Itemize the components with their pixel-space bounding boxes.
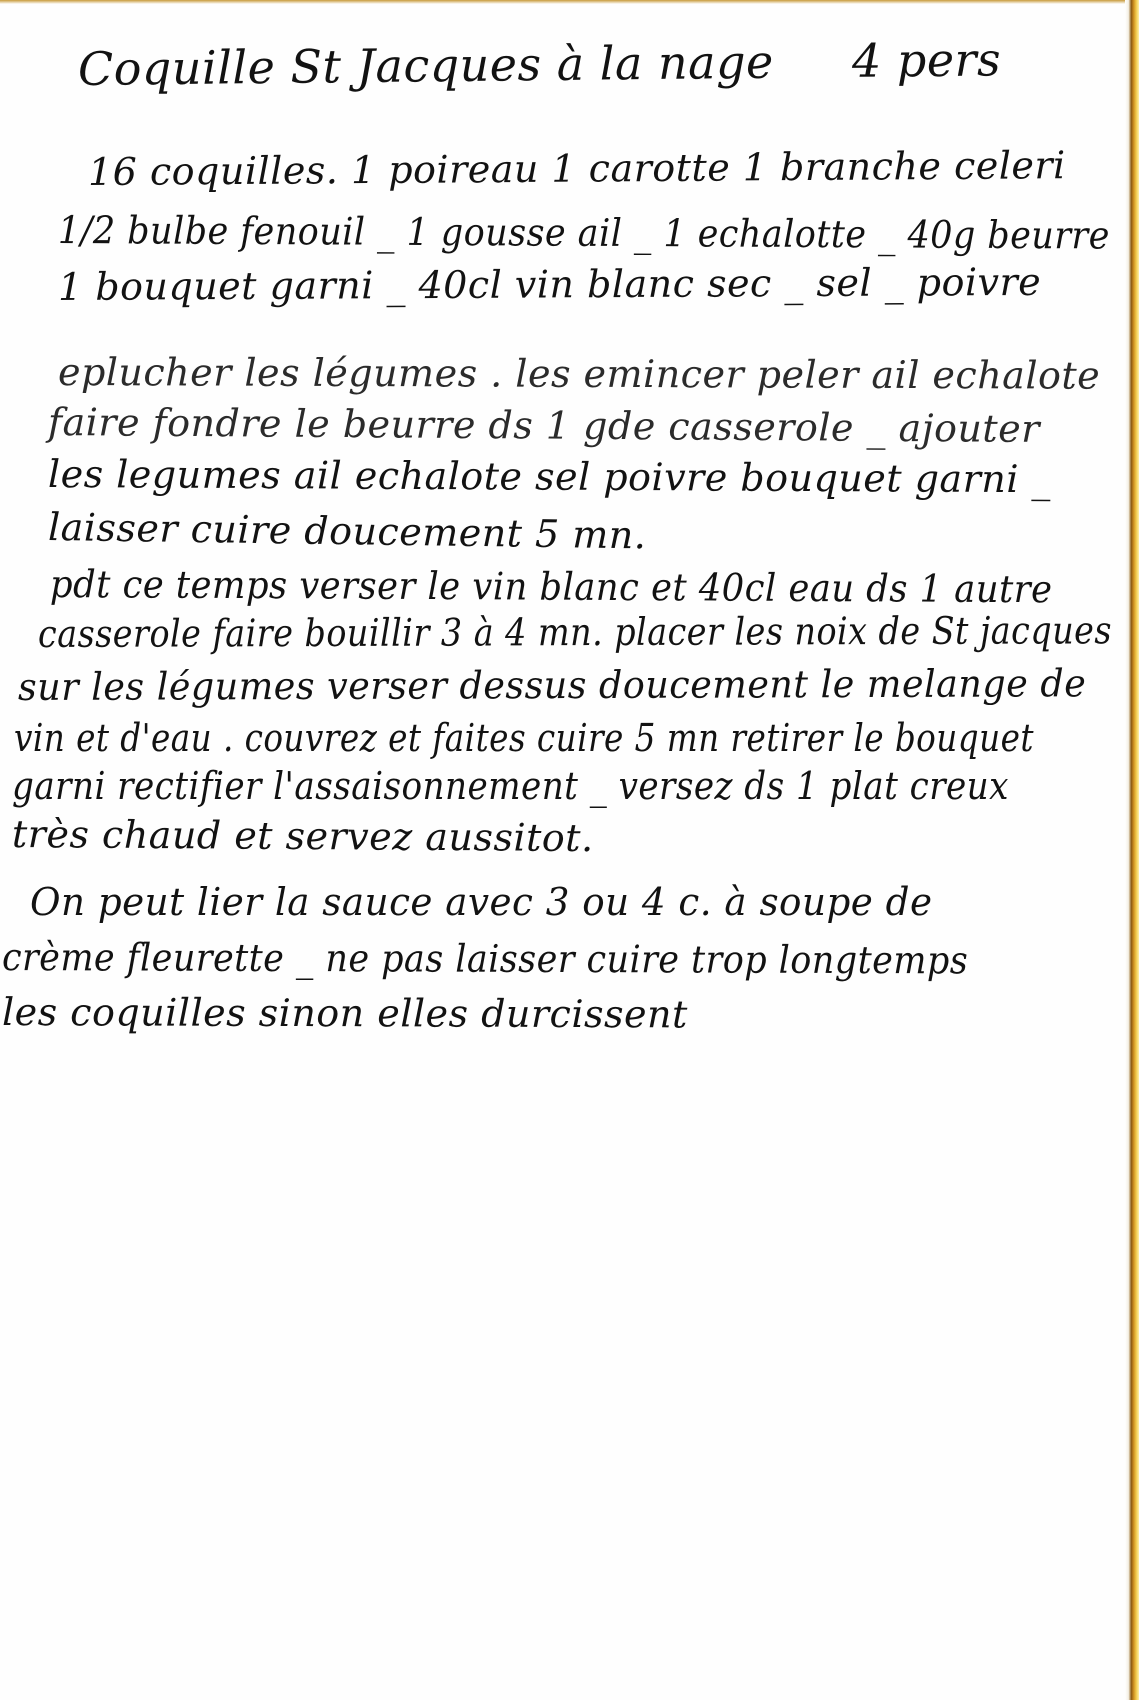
recipe-title: Coquille St Jacques à la nage: [78, 35, 774, 96]
method-line: très chaud et servez aussitot.: [12, 812, 594, 860]
note-line: On peut lier la sauce avec 3 ou 4 c. à s…: [30, 880, 932, 924]
method-line: sur les légumes verser dessus doucement …: [18, 661, 1086, 709]
ingredients-line: 1/2 bulbe fenouil _ 1 gousse ail _ 1 ech…: [58, 208, 1110, 258]
ingredients-line: 1 bouquet garni _ 40cl vin blanc sec _ s…: [58, 260, 1041, 309]
method-line: casserole faire bouillir 3 à 4 mn. place…: [38, 608, 1112, 656]
method-line: pdt ce temps verser le vin blanc et 40cl…: [50, 562, 1053, 611]
ingredients-line: 16 coquilles. 1 poireau 1 carotte 1 bran…: [88, 143, 1066, 194]
method-line: laisser cuire doucement 5 mn.: [48, 505, 647, 557]
recipe-title-line: Coquille St Jacques à la nage 4 pers: [78, 32, 1002, 96]
note-line: les coquilles sinon elles durcissent: [2, 990, 688, 1036]
recipe-page: Coquille St Jacques à la nage 4 pers 16 …: [0, 0, 1125, 1700]
method-line: faire fondre le beurre ds 1 gde casserol…: [48, 400, 1040, 451]
recipe-servings: 4 pers: [852, 32, 1002, 88]
page-top-edge: [0, 0, 1139, 4]
method-line: eplucher les légumes . les emincer peler…: [58, 350, 1100, 398]
note-line: crème fleurette _ ne pas laisser cuire t…: [2, 935, 968, 982]
method-line: garni rectifier l'assaisonnement _ verse…: [12, 764, 1009, 808]
page-binding-edge: [1125, 0, 1139, 1700]
method-line: les legumes ail echalote sel poivre bouq…: [48, 452, 1051, 501]
method-line: vin et d'eau . couvrez et faites cuire 5…: [14, 716, 1034, 760]
